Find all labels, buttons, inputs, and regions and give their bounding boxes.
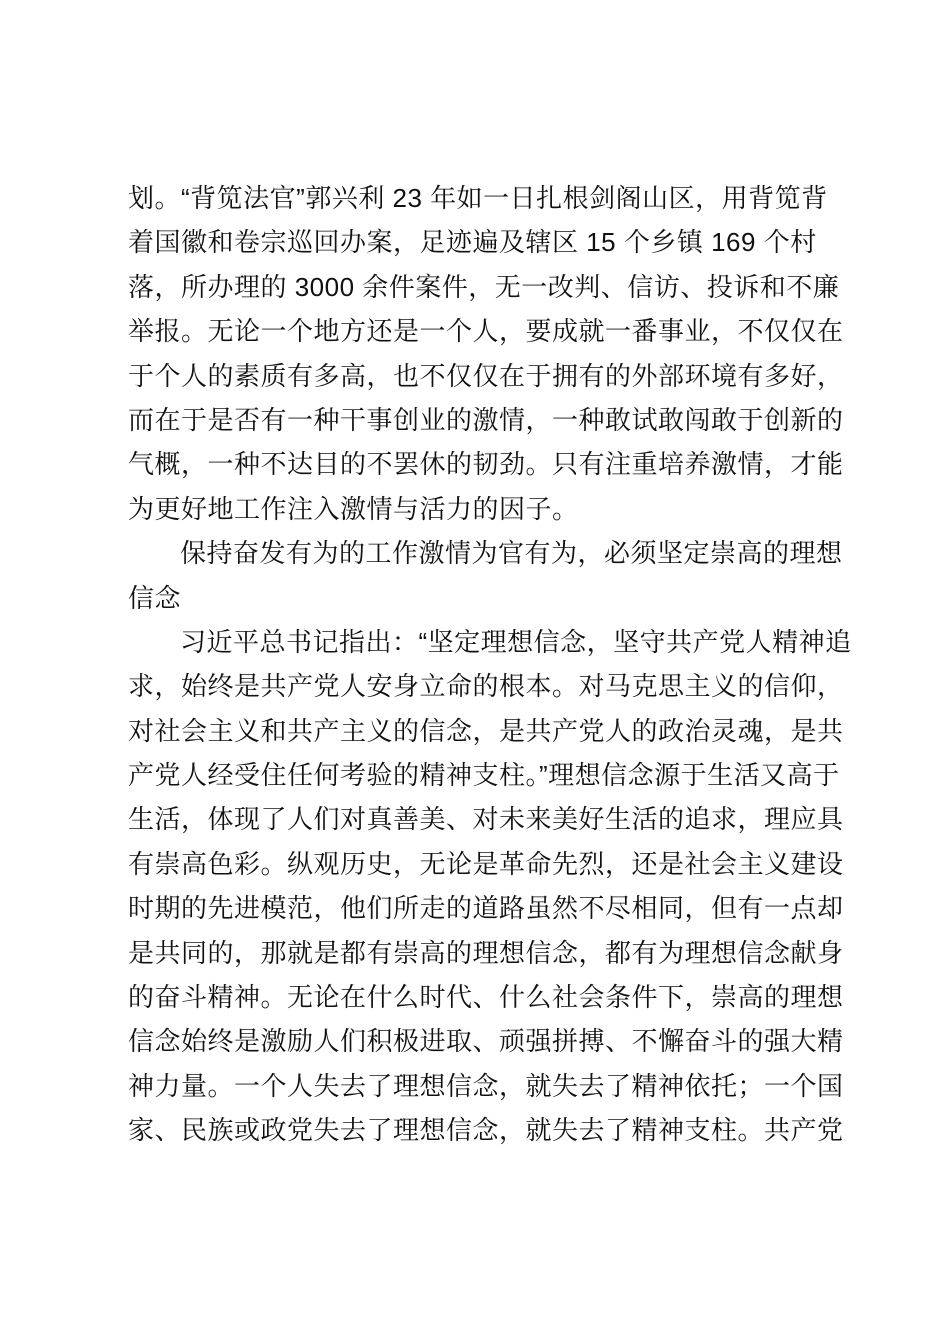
document-content: 划。“背笕法官”郭兴利 23 年如一日扎根剑阁山区，用背笕背着国徽和卷宗巡回办案… xyxy=(128,176,840,1153)
text-line: 信念始终是激励人们积极进取、顽强拼搏、不懈奋斗的强大精 xyxy=(128,1019,840,1063)
text-line: 产党人经受住任何考验的精神支柱。”理想信念源于生活又高于 xyxy=(128,753,840,797)
text-line: 习近平总书记指出：“坚定理想信念，坚守共产党人精神追 xyxy=(128,620,840,664)
text-line: 为更好地工作注入激情与活力的因子。 xyxy=(128,487,840,531)
text-line: 时期的先进模范，他们所走的道路虽然不尽相同，但有一点却 xyxy=(128,886,840,930)
text-line: 信念 xyxy=(128,576,840,620)
text-line: 而在于是否有一种干事创业的激情，一种敢试敢闯敢于创新的 xyxy=(128,398,840,442)
text-line: 是共同的，那就是都有崇高的理想信念，都有为理想信念献身 xyxy=(128,931,840,975)
text-line: 求，始终是共产党人安身立命的根本。对马克思主义的信仰， xyxy=(128,664,840,708)
paragraph: 习近平总书记指出：“坚定理想信念，坚守共产党人精神追求，始终是共产党人安身立命的… xyxy=(128,620,840,1153)
text-line: 神力量。一个人失去了理想信念，就失去了精神依托；一个国 xyxy=(128,1064,840,1108)
text-line: 气概，一种不达目的不罢休的韧劲。只有注重培养激情，才能 xyxy=(128,442,840,486)
text-line: 有崇高色彩。纵观历史，无论是革命先烈，还是社会主义建设 xyxy=(128,842,840,886)
paragraph: 保持奋发有为的工作激情为官有为，必须坚定崇高的理想信念 xyxy=(128,531,840,620)
text-line: 对社会主义和共产主义的信念，是共产党人的政治灵魂，是共 xyxy=(128,709,840,753)
document-page: 划。“背笕法官”郭兴利 23 年如一日扎根剑阁山区，用背笕背着国徽和卷宗巡回办案… xyxy=(0,0,950,1344)
text-line: 保持奋发有为的工作激情为官有为，必须坚定崇高的理想 xyxy=(128,531,840,575)
text-line: 着国徽和卷宗巡回办案，足迹遍及辖区 15 个乡镇 169 个村 xyxy=(128,220,840,264)
text-line: 举报。无论一个地方还是一个人，要成就一番事业，不仅仅在 xyxy=(128,309,840,353)
text-line: 的奋斗精神。无论在什么时代、什么社会条件下，崇高的理想 xyxy=(128,975,840,1019)
text-line: 划。“背笕法官”郭兴利 23 年如一日扎根剑阁山区，用背笕背 xyxy=(128,176,840,220)
text-line: 生活，体现了人们对真善美、对未来美好生活的追求，理应具 xyxy=(128,797,840,841)
text-line: 于个人的素质有多高，也不仅仅在于拥有的外部环境有多好， xyxy=(128,354,840,398)
text-line: 家、民族或政党失去了理想信念，就失去了精神支柱。共产党 xyxy=(128,1108,840,1152)
text-line: 落，所办理的 3000 余件案件，无一改判、信访、投诉和不廉 xyxy=(128,265,840,309)
paragraph: 划。“背笕法官”郭兴利 23 年如一日扎根剑阁山区，用背笕背着国徽和卷宗巡回办案… xyxy=(128,176,840,531)
